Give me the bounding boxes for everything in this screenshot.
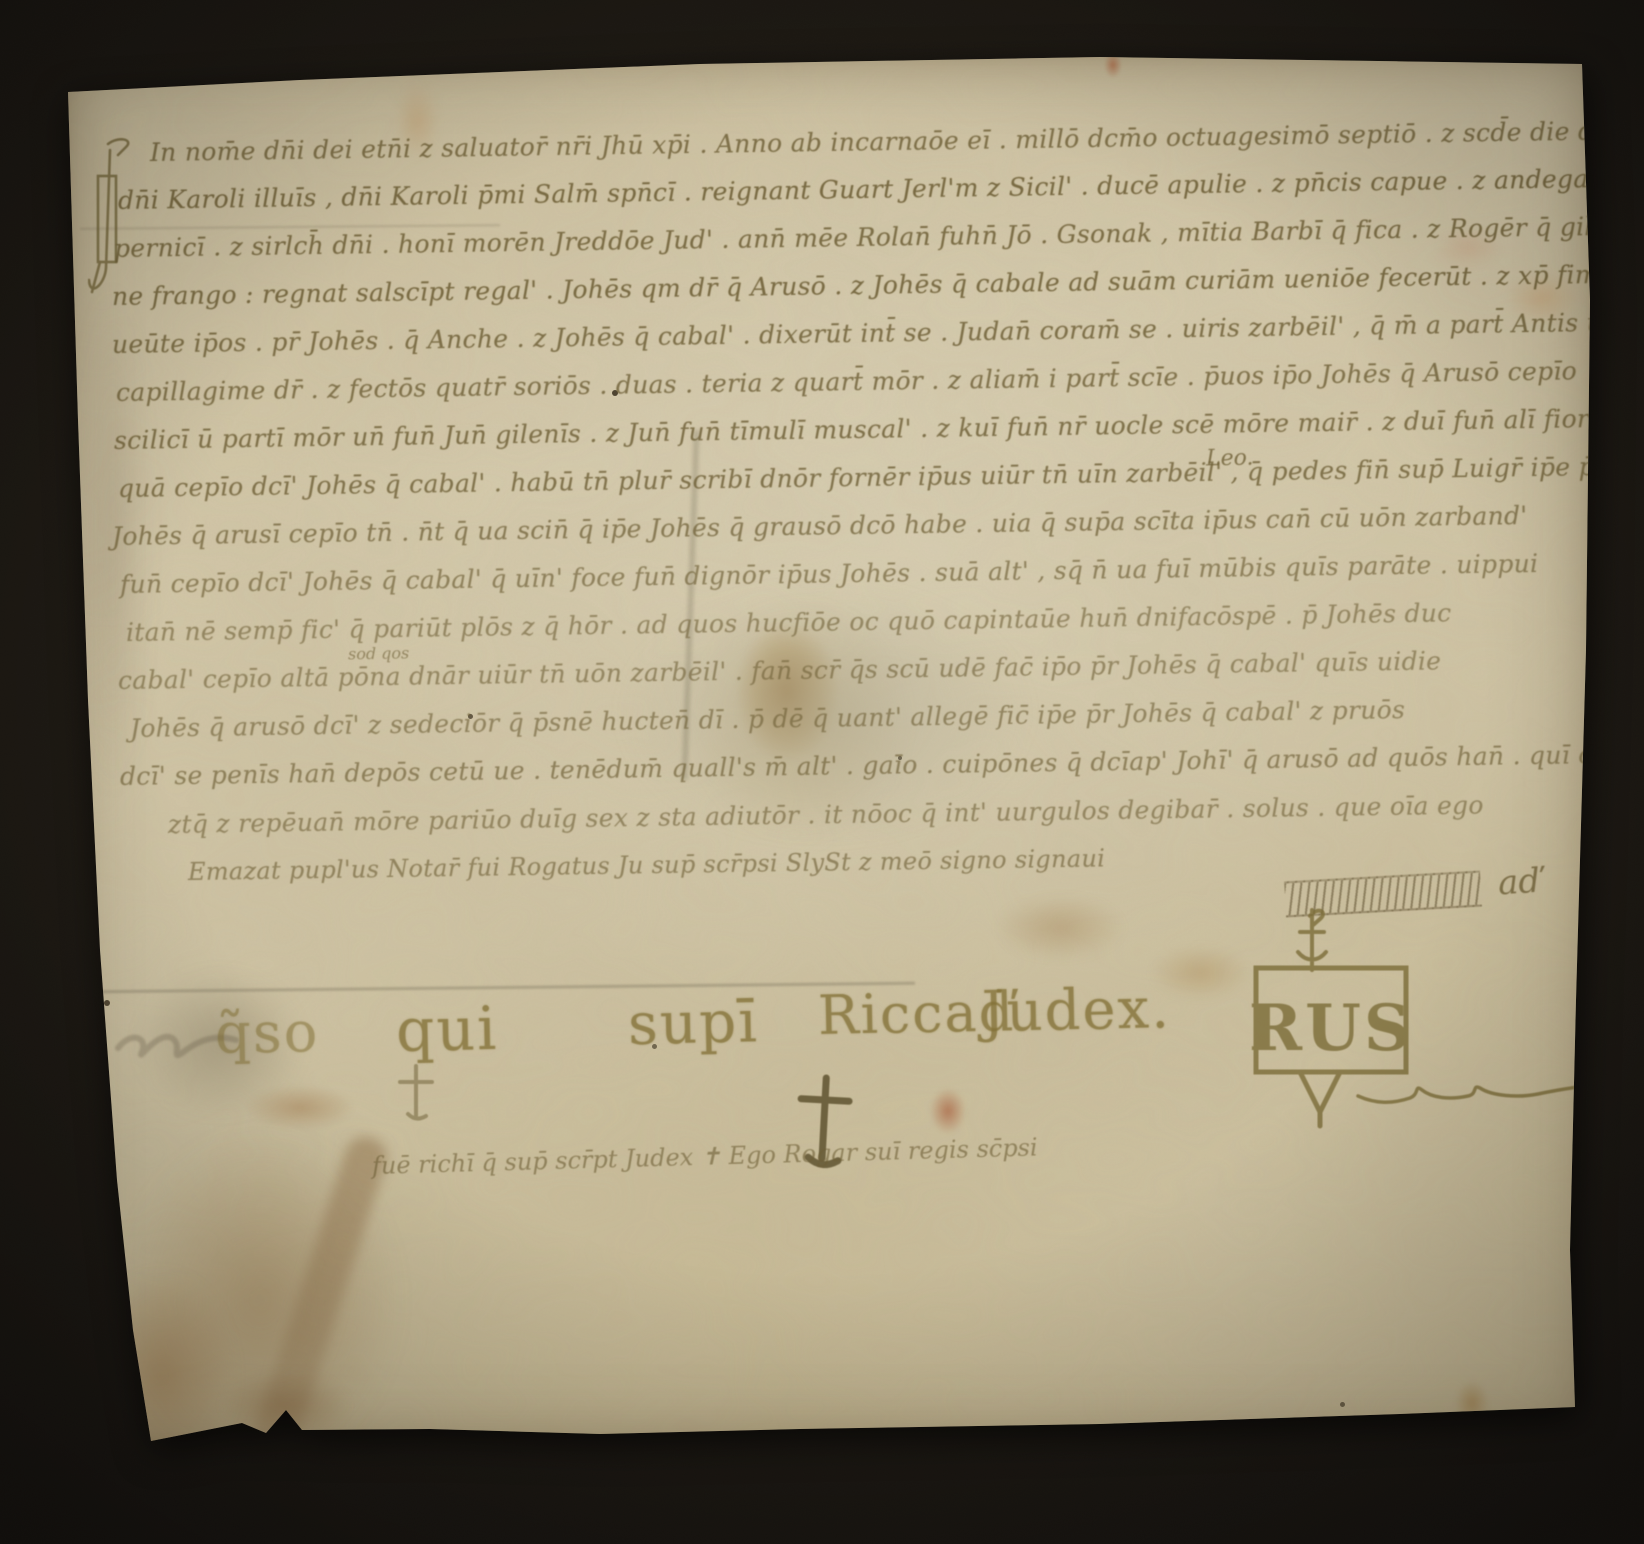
interlinear-note-leo: Leo.: [1206, 446, 1254, 472]
top-red-spot-2: [1156, 24, 1171, 40]
display-word-supi: supī: [627, 987, 759, 1058]
photograph-of-charter: In nom̄e dn̄i dei etn̄i z saluator̄ nr̄i…: [0, 0, 1644, 1544]
display-word-qso: q̃so: [214, 1000, 320, 1067]
notarial-sign-monogram: RUS: [1240, 900, 1644, 1130]
notary-flourish: aď: [1497, 861, 1542, 904]
display-word-qui: qui: [395, 994, 499, 1066]
parchment-surface: In nom̄e dn̄i dei etn̄i z saluator̄ nr̄i…: [0, 0, 1644, 1544]
display-word-judex: Judex.: [981, 976, 1171, 1045]
parchment-sheet: In nom̄e dn̄i dei etn̄i z saluator̄ nr̄i…: [0, 0, 1644, 1544]
interlinear-note-insertion: sod qos: [348, 643, 410, 663]
small-cross-doodle: [394, 1062, 438, 1124]
monogram-letters: RUS: [1249, 991, 1413, 1066]
